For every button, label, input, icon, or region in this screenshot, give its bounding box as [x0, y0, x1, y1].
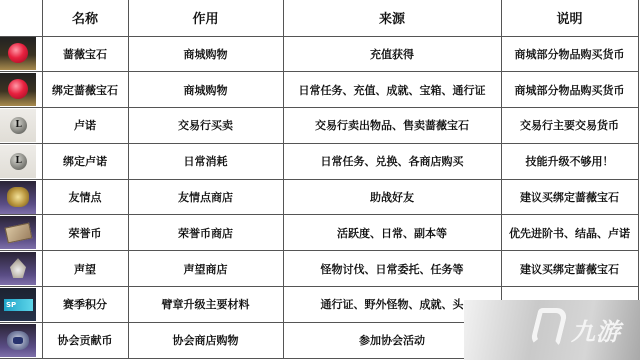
cell-name: 蔷薇宝石 [42, 36, 128, 72]
jiuyou-logo-icon [529, 308, 568, 346]
cell-use: 商城购物 [128, 72, 283, 108]
table-row: 声望 声望商店 怪物讨伐、日常委托、任务等 建议买绑定蔷薇宝石 [0, 251, 638, 287]
cell-use: 臂章升级主要材料 [128, 287, 283, 323]
cell-name: 绑定蔷薇宝石 [42, 72, 128, 108]
cell-use: 荣誉币商店 [128, 215, 283, 251]
header-name: 名称 [42, 0, 128, 36]
cell-source: 日常任务、兑换、各商店购买 [283, 143, 501, 179]
table-row: 蔷薇宝石 商城购物 充值获得 商城部分物品购买货币 [0, 36, 638, 72]
bound-luno-coin-icon: L [0, 145, 36, 178]
friendship-point-icon [0, 181, 36, 214]
cell-note: 商城部分物品购买货币 [501, 36, 638, 72]
cell-use: 日常消耗 [128, 143, 283, 179]
watermark-brand: 九游 [571, 312, 621, 347]
cell-note: 建议买绑定蔷薇宝石 [501, 179, 638, 215]
cell-name: 赛季积分 [42, 287, 128, 323]
guild-contribution-coin-icon [0, 324, 36, 357]
reputation-icon [0, 252, 36, 285]
cell-name: 声望 [42, 251, 128, 287]
cell-use: 商城购物 [128, 36, 283, 72]
header-note: 说明 [501, 0, 638, 36]
cell-use: 协会商店购物 [128, 322, 283, 358]
cell-note: 建议买绑定蔷薇宝石 [501, 251, 638, 287]
table-row: 荣誉币 荣誉币商店 活跃度、日常、副本等 优先进阶书、结晶、卢诺 [0, 215, 638, 251]
cell-note: 技能升级不够用！ [501, 143, 638, 179]
bound-rose-gem-icon [0, 73, 36, 106]
cell-source: 助战好友 [283, 179, 501, 215]
cell-source: 交易行卖出物品、售卖蔷薇宝石 [283, 108, 501, 144]
table-row: L 绑定卢诺 日常消耗 日常任务、兑换、各商店购买 技能升级不够用！ [0, 143, 638, 179]
cell-source: 充值获得 [283, 36, 501, 72]
rose-gem-icon [0, 37, 36, 70]
header-icon [0, 0, 42, 36]
watermark-overlay: 九游 [464, 300, 640, 360]
cell-source: 怪物讨伐、日常委托、任务等 [283, 251, 501, 287]
table-row: 绑定蔷薇宝石 商城购物 日常任务、充值、成就、宝箱、通行证 商城部分物品购买货币 [0, 72, 638, 108]
cell-note: 交易行主要交易货币 [501, 108, 638, 144]
table-row: L 卢诺 交易行买卖 交易行卖出物品、售卖蔷薇宝石 交易行主要交易货币 [0, 108, 638, 144]
cell-use: 友情点商店 [128, 179, 283, 215]
season-points-icon: SP [0, 288, 36, 321]
luno-coin-icon: L [0, 109, 36, 142]
cell-source: 日常任务、充值、成就、宝箱、通行证 [283, 72, 501, 108]
cell-use: 交易行买卖 [128, 108, 283, 144]
cell-name: 荣誉币 [42, 215, 128, 251]
cell-name: 友情点 [42, 179, 128, 215]
cell-name: 绑定卢诺 [42, 143, 128, 179]
cell-note: 优先进阶书、结晶、卢诺 [501, 215, 638, 251]
cell-source: 活跃度、日常、副本等 [283, 215, 501, 251]
header-source: 来源 [283, 0, 501, 36]
cell-name: 协会贡献币 [42, 322, 128, 358]
cell-use: 声望商店 [128, 251, 283, 287]
header-use: 作用 [128, 0, 283, 36]
cell-name: 卢诺 [42, 108, 128, 144]
honor-coin-icon [0, 216, 36, 249]
cell-note: 商城部分物品购买货币 [501, 72, 638, 108]
table-header-row: 名称 作用 来源 说明 [0, 0, 638, 36]
table-row: 友情点 友情点商店 助战好友 建议买绑定蔷薇宝石 [0, 179, 638, 215]
